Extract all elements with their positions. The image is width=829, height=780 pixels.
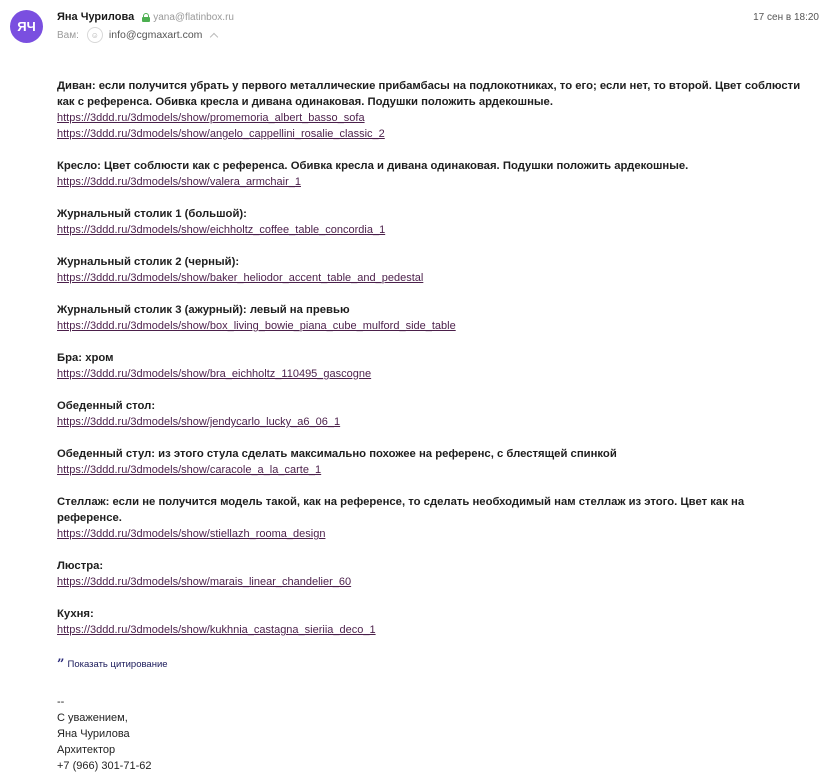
signature-line: Яна Чурилова bbox=[57, 726, 151, 742]
quote-icon: ” bbox=[57, 660, 64, 670]
signature-line: -- bbox=[57, 694, 151, 710]
recipient-email[interactable]: info@cgmaxart.com bbox=[109, 29, 203, 41]
signature-line: Архитектор bbox=[57, 742, 151, 758]
model-link[interactable]: https://3ddd.ru/3dmodels/show/baker_heli… bbox=[57, 270, 807, 286]
chevron-up-icon[interactable] bbox=[210, 33, 218, 41]
message-block: Кухня:https://3ddd.ru/3dmodels/show/kukh… bbox=[57, 606, 807, 638]
user-avatar-icon: ☺ bbox=[87, 27, 103, 43]
sender-email[interactable]: yana@flatinbox.ru bbox=[153, 12, 234, 23]
message-block: Журнальный столик 2 (черный):https://3dd… bbox=[57, 254, 807, 286]
model-link[interactable]: https://3ddd.ru/3dmodels/show/box_living… bbox=[57, 318, 807, 334]
message-block: Журнальный столик 1 (большой):https://3d… bbox=[57, 206, 807, 238]
block-title: Журнальный столик 3 (ажурный): левый на … bbox=[57, 302, 807, 318]
model-link[interactable]: https://3ddd.ru/3dmodels/show/promemoria… bbox=[57, 110, 807, 126]
block-title: Журнальный столик 1 (большой): bbox=[57, 206, 807, 222]
model-link[interactable]: https://3ddd.ru/3dmodels/show/eichholtz_… bbox=[57, 222, 807, 238]
sender-row: Яна Чурилова yana@flatinbox.ru bbox=[57, 11, 234, 23]
show-quote-button[interactable]: ” Показать цитирование bbox=[57, 659, 168, 670]
message-body: Диван: если получится убрать у первого м… bbox=[57, 78, 807, 654]
message-block: Стеллаж: если не получится модель такой,… bbox=[57, 494, 807, 542]
message-block: Бра: хромhttps://3ddd.ru/3dmodels/show/b… bbox=[57, 350, 807, 382]
message-block: Журнальный столик 3 (ажурный): левый на … bbox=[57, 302, 807, 334]
to-label: Вам: bbox=[57, 30, 79, 41]
model-link[interactable]: https://3ddd.ru/3dmodels/show/angelo_cap… bbox=[57, 126, 807, 142]
model-link[interactable]: https://3ddd.ru/3dmodels/show/kukhnia_ca… bbox=[57, 622, 807, 638]
block-title: Журнальный столик 2 (черный): bbox=[57, 254, 807, 270]
block-title: Стеллаж: если не получится модель такой,… bbox=[57, 494, 807, 526]
model-link[interactable]: https://3ddd.ru/3dmodels/show/marais_lin… bbox=[57, 574, 807, 590]
block-title: Бра: хром bbox=[57, 350, 807, 366]
message-block: Люстра:https://3ddd.ru/3dmodels/show/mar… bbox=[57, 558, 807, 590]
signature: --С уважением,Яна ЧуриловаАрхитектор+7 (… bbox=[57, 694, 151, 774]
block-title: Обеденный стол: bbox=[57, 398, 807, 414]
message-block: Кресло: Цвет соблюсти как с референса. О… bbox=[57, 158, 807, 190]
model-link[interactable]: https://3ddd.ru/3dmodels/show/stiellazh_… bbox=[57, 526, 807, 542]
block-title: Диван: если получится убрать у первого м… bbox=[57, 78, 807, 110]
message-block: Диван: если получится убрать у первого м… bbox=[57, 78, 807, 142]
lock-icon bbox=[142, 13, 150, 22]
message-header: ЯЧ Яна Чурилова yana@flatinbox.ru Вам: ☺… bbox=[0, 0, 829, 50]
model-link[interactable]: https://3ddd.ru/3dmodels/show/jendycarlo… bbox=[57, 414, 807, 430]
block-title: Люстра: bbox=[57, 558, 807, 574]
message-date: 17 сен в 18:20 bbox=[753, 12, 819, 23]
block-title: Обеденный стул: из этого стула сделать м… bbox=[57, 446, 807, 462]
message-block: Обеденный стул: из этого стула сделать м… bbox=[57, 446, 807, 478]
model-link[interactable]: https://3ddd.ru/3dmodels/show/valera_arm… bbox=[57, 174, 807, 190]
model-link[interactable]: https://3ddd.ru/3dmodels/show/caracole_a… bbox=[57, 462, 807, 478]
sender-name[interactable]: Яна Чурилова bbox=[57, 11, 134, 23]
message-block: Обеденный стол:https://3ddd.ru/3dmodels/… bbox=[57, 398, 807, 430]
signature-line: С уважением, bbox=[57, 710, 151, 726]
show-quote-label[interactable]: Показать цитирование bbox=[67, 659, 167, 670]
block-title: Кухня: bbox=[57, 606, 807, 622]
signature-line: +7 (966) 301-71-62 bbox=[57, 758, 151, 774]
sender-avatar[interactable]: ЯЧ bbox=[10, 10, 43, 43]
model-link[interactable]: https://3ddd.ru/3dmodels/show/bra_eichho… bbox=[57, 366, 807, 382]
block-title: Кресло: Цвет соблюсти как с референса. О… bbox=[57, 158, 807, 174]
recipient-row: Вам: ☺ info@cgmaxart.com bbox=[57, 27, 217, 43]
